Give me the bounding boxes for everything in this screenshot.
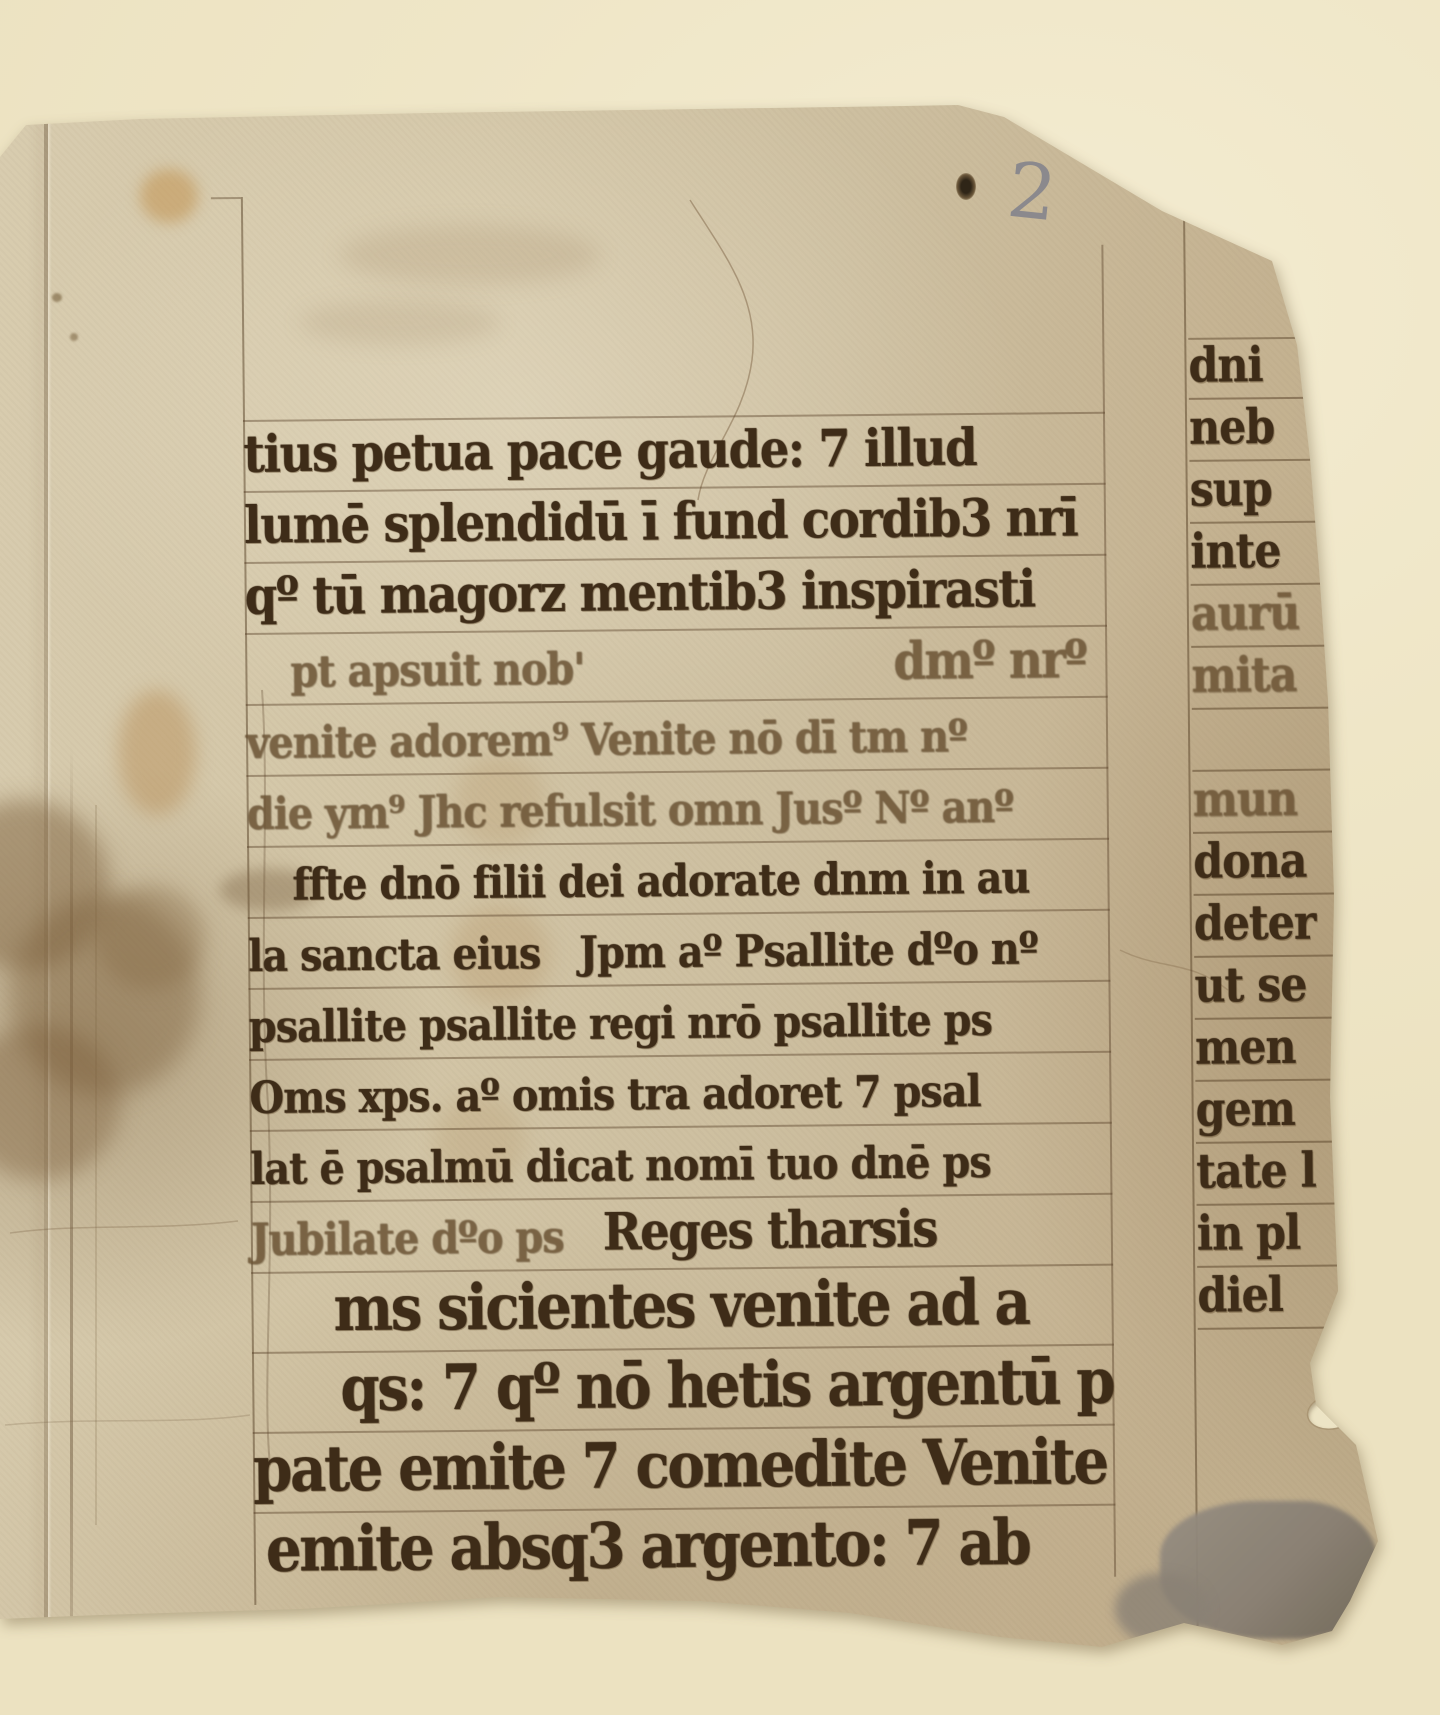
folio-number-pencil: 2 bbox=[1003, 145, 1060, 239]
manuscript-text-line: die ym⁹ Jhc refulsit omn Jusº Nº anº bbox=[246, 767, 1109, 846]
second-text-column: dninebsupinteaurūmitamundonadeterut seme… bbox=[1188, 336, 1392, 1330]
dark-stain-patch bbox=[1115, 1573, 1210, 1645]
line-text: qs: 7 qº nō hetis argentū p bbox=[340, 1344, 1114, 1425]
line-text: Oms xps. aº omis tra adoret 7 psal bbox=[249, 1065, 981, 1124]
line-text: die ym⁹ Jhc refulsit omn Jusº Nº anº bbox=[247, 781, 1014, 840]
line-text: pate emite 7 comedite Venite bbox=[253, 1424, 1107, 1506]
line-text: lumē splendidū ī fund cordib3 nrī bbox=[244, 488, 1078, 556]
second-column-line: ut se bbox=[1194, 956, 1392, 1020]
line-text: diel bbox=[1197, 1268, 1283, 1324]
line-text: dni bbox=[1188, 338, 1263, 394]
second-column-line: aurū bbox=[1191, 584, 1392, 648]
manuscript-text-line: tius petua pace gaude: 7 illud bbox=[243, 412, 1106, 491]
line-text: aurū bbox=[1191, 586, 1300, 642]
line-text-right: dmº nrº bbox=[893, 629, 1086, 691]
second-column-line bbox=[1192, 708, 1392, 772]
line-text: mun bbox=[1192, 772, 1297, 828]
second-column-line: dni bbox=[1188, 336, 1389, 400]
line-text: lat ē psalmū dicat nomī tuo dnē ps bbox=[250, 1136, 991, 1195]
manuscript-fragment: tius petua pace gaude: 7 illudlumē splen… bbox=[0, 105, 1392, 1665]
second-column-line: men bbox=[1195, 1018, 1392, 1082]
line-text: sup bbox=[1189, 462, 1272, 518]
second-column-line: sup bbox=[1189, 460, 1390, 524]
parchment-surface: tius petua pace gaude: 7 illudlumē splen… bbox=[0, 105, 1392, 1665]
manuscript-text-line: pate emite 7 comedite Venite bbox=[253, 1424, 1116, 1512]
second-column-line: diel bbox=[1197, 1266, 1392, 1330]
line-text: in pl bbox=[1197, 1206, 1301, 1262]
line-text: dona bbox=[1193, 834, 1307, 890]
line-text: ffte dnō filii dei adorate dnm in au bbox=[292, 852, 1029, 911]
manuscript-text-line: emite absq3 argento: 7 ab bbox=[253, 1504, 1116, 1592]
manuscript-text-line: pt apsuit nob'dmº nrº bbox=[245, 625, 1108, 704]
line-text: la sancta eius bbox=[248, 927, 541, 982]
line-text: neb bbox=[1189, 400, 1275, 456]
second-column-line: inte bbox=[1190, 522, 1391, 586]
line-text: mita bbox=[1191, 648, 1296, 704]
manuscript-text-line: venite adorem⁹ Venite nō dī tm nº bbox=[246, 696, 1109, 775]
manuscript-text-line: qº tū magorz mentib3 inspirasti bbox=[244, 554, 1107, 633]
line-text: qº tū magorz mentib3 inspirasti bbox=[244, 559, 1034, 627]
line-text-continued: Jpm aº Psallite dºo nº bbox=[579, 923, 1038, 979]
line-text: tate l bbox=[1196, 1144, 1316, 1200]
second-column-line: dona bbox=[1193, 832, 1392, 896]
line-text: gem bbox=[1195, 1082, 1295, 1138]
second-column-line: mita bbox=[1191, 646, 1392, 710]
line-text: psallite psallite regi nrō psallite ps bbox=[249, 994, 992, 1053]
manuscript-text-line: la sancta eiusJpm aº Psallite dºo nº bbox=[248, 909, 1111, 988]
manuscript-text-line: ffte dnō filii dei adorate dnm in au bbox=[247, 838, 1110, 917]
photo-backdrop: tius petua pace gaude: 7 illudlumē splen… bbox=[0, 0, 1440, 1715]
main-text-column: tius petua pace gaude: 7 illudlumē splen… bbox=[243, 412, 1116, 1592]
line-text: ms sicientes venite ad a bbox=[333, 1265, 1029, 1345]
manuscript-text-line: qs: 7 qº nō hetis argentū p bbox=[252, 1344, 1115, 1432]
manuscript-text-line: Jubilate dºo psReges tharsis bbox=[250, 1193, 1113, 1272]
line-text-continued: Reges tharsis bbox=[603, 1199, 938, 1263]
line-text: pt apsuit nob' bbox=[290, 643, 585, 698]
line-text: tius petua pace gaude: 7 illud bbox=[243, 417, 976, 485]
ruled-text-area: tius petua pace gaude: 7 illudlumē splen… bbox=[0, 105, 1392, 1665]
manuscript-text-line: psallite psallite regi nrō psallite ps bbox=[248, 980, 1111, 1059]
second-column-line: gem bbox=[1195, 1080, 1392, 1144]
second-column-line: mun bbox=[1192, 770, 1392, 834]
line-text: Jubilate dºo ps bbox=[251, 1211, 564, 1266]
line-text: venite adorem⁹ Venite nō dī tm nº bbox=[246, 710, 967, 769]
line-text: deter bbox=[1194, 896, 1316, 952]
second-column-line: in pl bbox=[1197, 1204, 1392, 1268]
manuscript-text-line: lumē splendidū ī fund cordib3 nrī bbox=[244, 483, 1107, 562]
manuscript-text-line: Oms xps. aº omis tra adoret 7 psal bbox=[249, 1051, 1112, 1130]
line-text: men bbox=[1195, 1020, 1296, 1076]
second-column-line: tate l bbox=[1196, 1142, 1392, 1206]
pin-hole bbox=[956, 173, 976, 200]
second-column-line: deter bbox=[1194, 894, 1392, 958]
manuscript-text-line: ms sicientes venite ad a bbox=[251, 1264, 1114, 1352]
line-text: emite absq3 argento: 7 ab bbox=[265, 1505, 1029, 1586]
manuscript-text-line: lat ē psalmū dicat nomī tuo dnē ps bbox=[250, 1122, 1113, 1201]
second-column-line: neb bbox=[1189, 398, 1390, 462]
line-text: inte bbox=[1190, 524, 1281, 580]
line-text: ut se bbox=[1194, 958, 1306, 1014]
